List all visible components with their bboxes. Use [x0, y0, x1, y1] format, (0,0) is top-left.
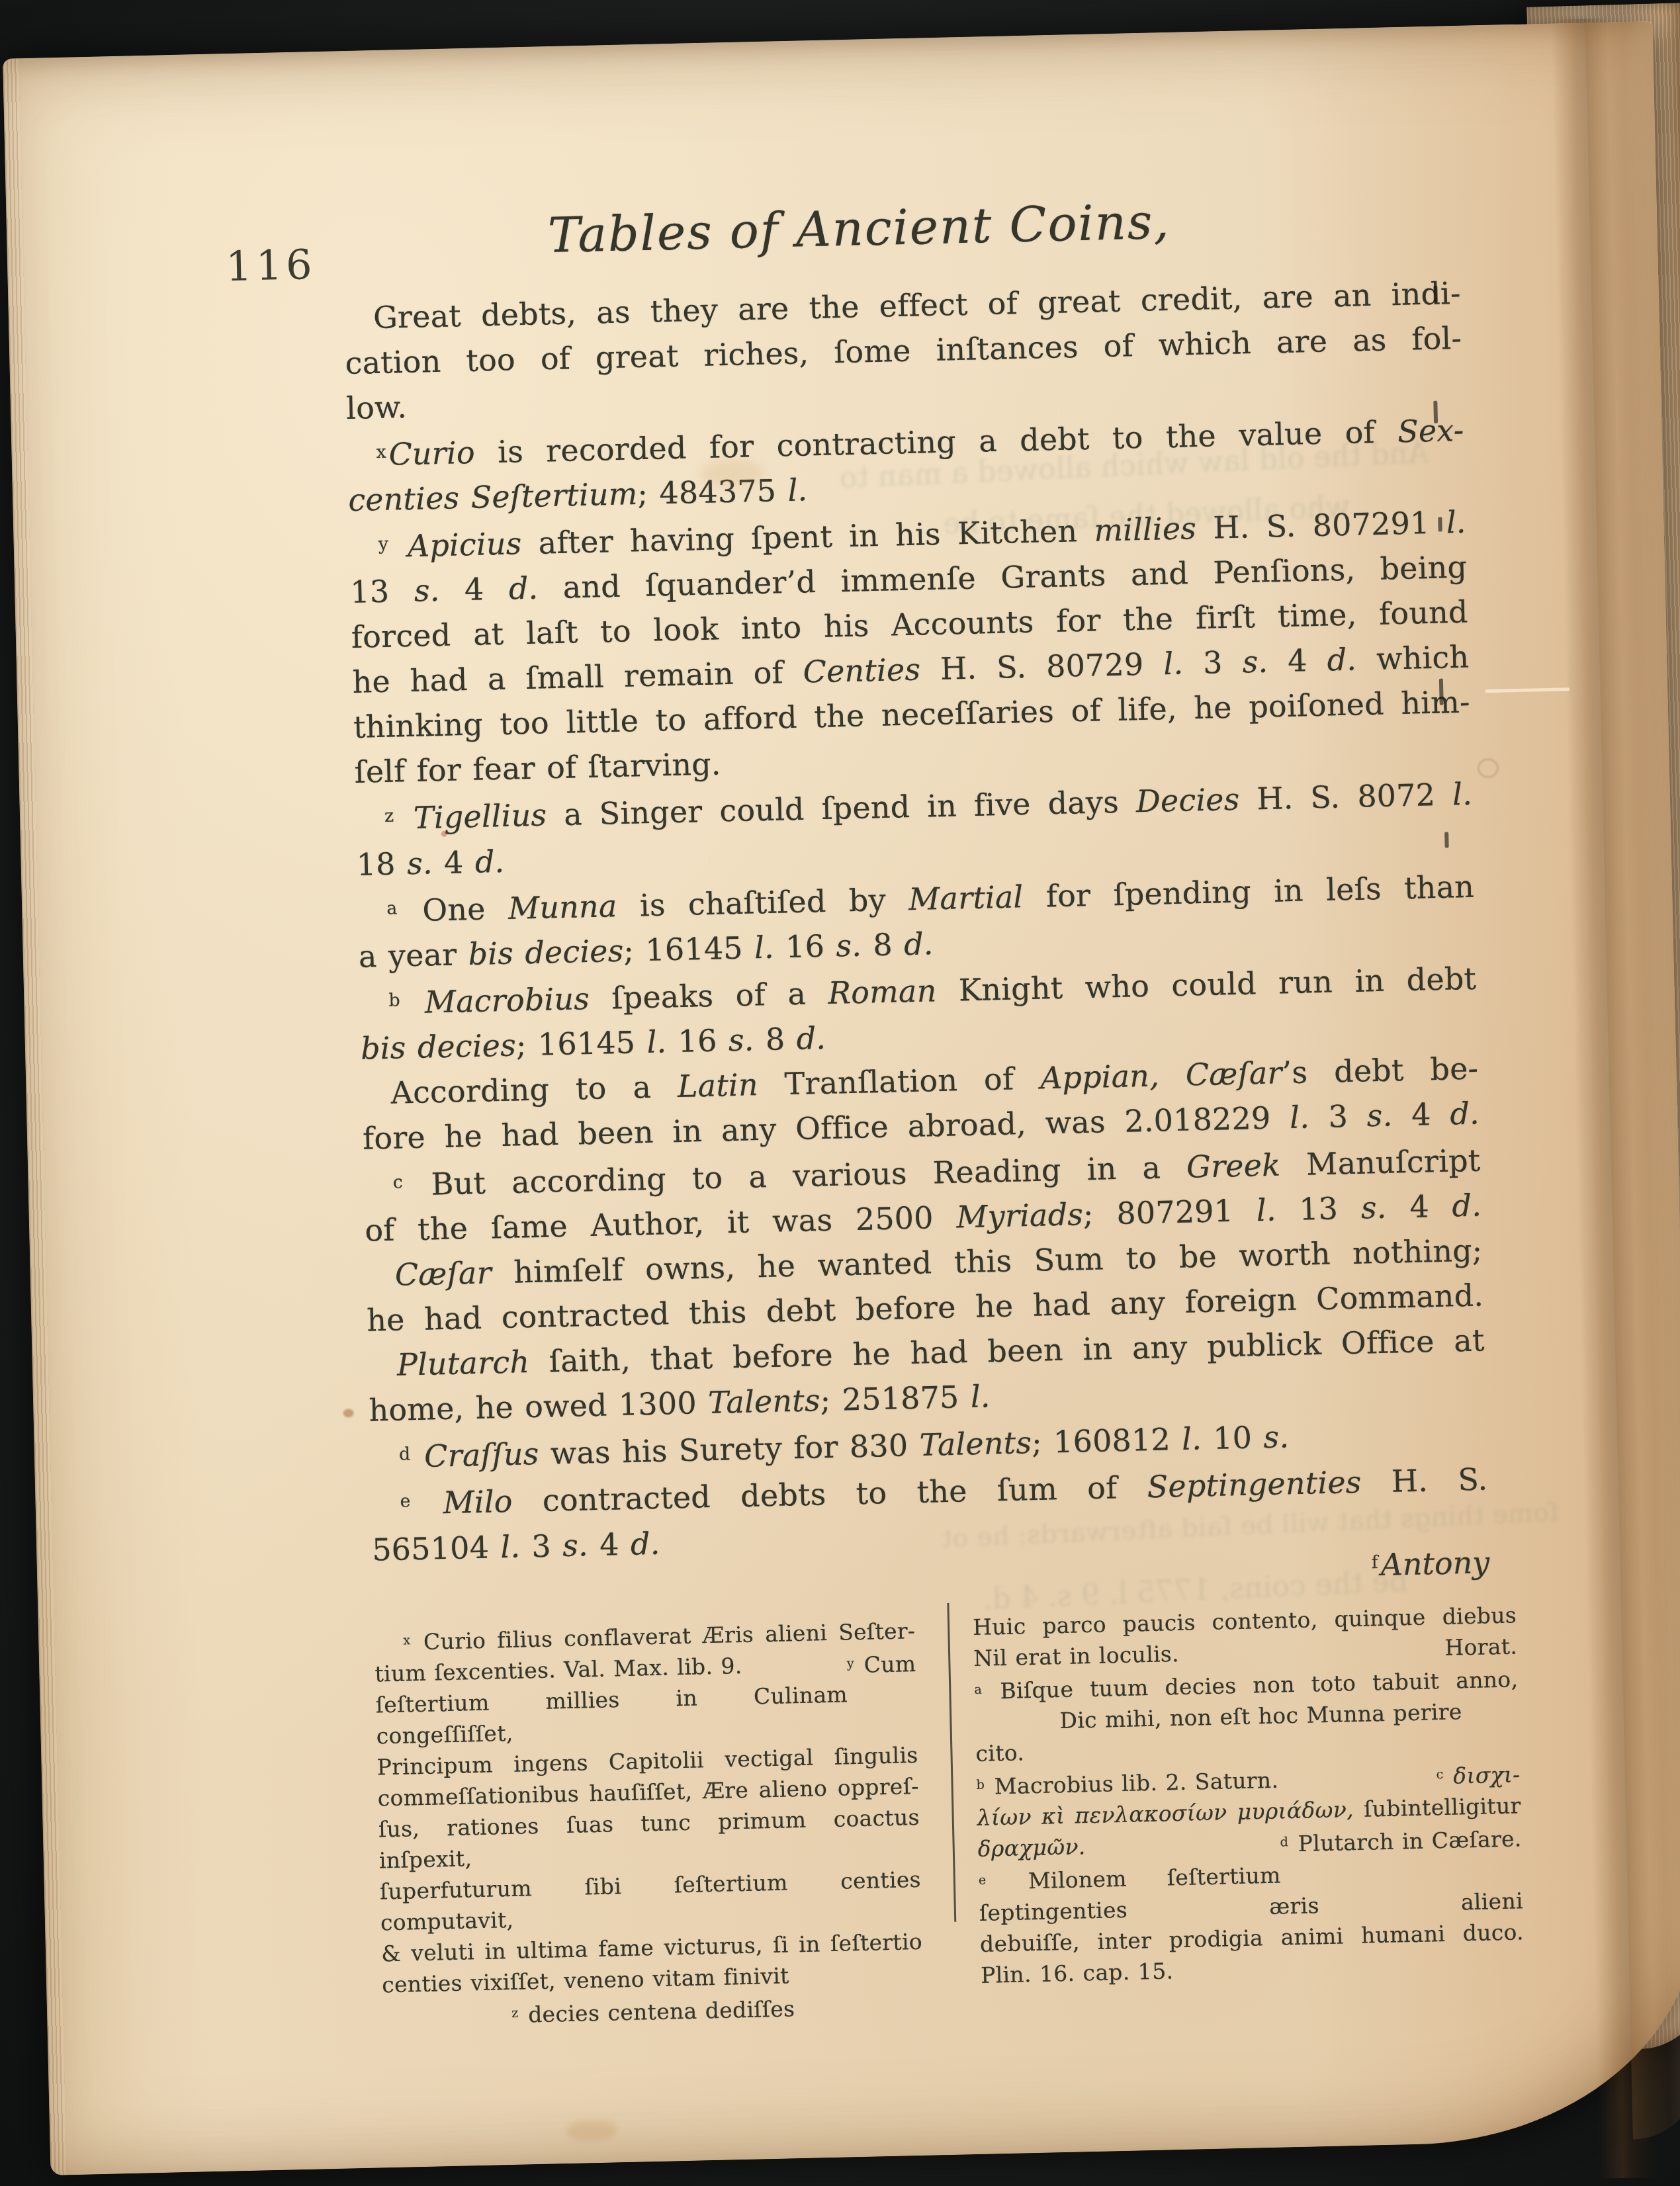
text-line: e Milonem ſeſtertium ſeptingenties æris … — [978, 1852, 1523, 1929]
ink-mark — [1444, 832, 1449, 848]
footnotes-left-column: x Curio filius conflaverat Æris alieni S… — [374, 1613, 924, 2033]
text-line: ſus, rationes ſuas tunc primum coactus i… — [378, 1802, 920, 1876]
paper-stain — [343, 1409, 353, 1417]
footnote-divider — [947, 1603, 956, 1922]
page-number: 116 — [225, 240, 316, 290]
ink-mark — [1438, 517, 1442, 532]
paper-stain — [567, 2120, 617, 2141]
ink-mark — [1433, 401, 1438, 423]
ink-mark — [1433, 286, 1438, 303]
text-line: ſuperfuturum ſibi ſeſtertium centies com… — [379, 1864, 922, 1939]
paper-scratch — [1485, 687, 1569, 693]
text-line: ſeſtertium millies in Culinam congeſſiſſ… — [375, 1677, 918, 1752]
photo-background: 116 Tables of Ancient Coins, Great debts… — [0, 0, 1680, 2186]
paper-stain — [1478, 758, 1499, 779]
text-line: Dic mihi, non eſt hoc Munna perire cito. — [975, 1694, 1520, 1769]
book-page: 116 Tables of Ancient Coins, Great debts… — [3, 21, 1680, 2175]
ink-mark — [1439, 679, 1444, 705]
footnotes-right-column: Huic parco paucis contento, quinque dieb… — [973, 1599, 1525, 1991]
page-stack-edge — [3, 58, 67, 2175]
bleedthrough-ghost-text: And the old law which allowed a man towh… — [3, 21, 1652, 59]
running-title: Tables of Ancient Coins, — [547, 194, 1171, 264]
